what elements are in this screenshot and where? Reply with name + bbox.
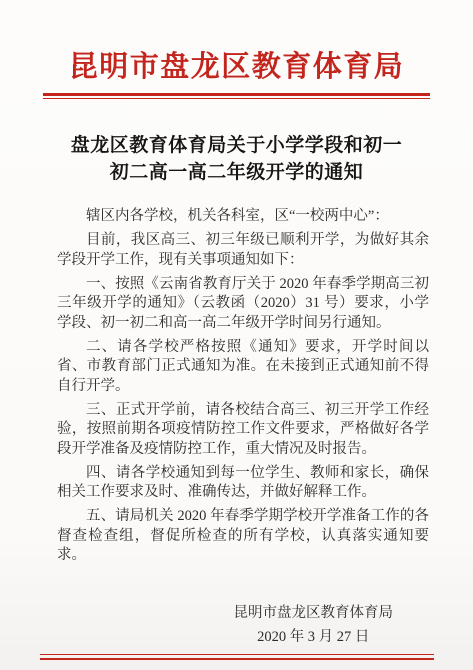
document-title-line-1: 盘龙区教育体育局关于小学学段和初一 xyxy=(0,132,473,159)
document-title-line-2: 初二高一高二年级开学的通知 xyxy=(0,159,473,186)
notice-document: 昆明市盘龙区教育体育局 盘龙区教育体育局关于小学学段和初一 初二高一高二年级开学… xyxy=(0,0,473,670)
body-paragraph: 五、请局机关 2020 年春季学期学校开学准备工作的各督查检查组，督促所检查的所… xyxy=(57,507,429,566)
body-paragraph: 目前，我区高三、初三年级已顺利开学，为做好其余学段开学工作，现有关事项通知如下： xyxy=(57,231,429,270)
signature-agency: 昆明市盘龙区教育体育局 xyxy=(234,601,394,625)
footer-divider xyxy=(40,654,434,660)
signature-date: 2020 年 3 月 27 日 xyxy=(234,625,394,649)
body-paragraph: 四、请各学校通知到每一位学生、教师和家长，确保相关工作要求及时、准确传达，并做好… xyxy=(57,464,429,503)
body-paragraphs: 目前，我区高三、初三年级已顺利开学，为做好其余学段开学工作，现有关事项通知如下：… xyxy=(57,231,429,566)
body-paragraph: 一、按照《云南省教育厅关于 2020 年春季学期高三初三年级开学的通知》（云教函… xyxy=(57,275,429,334)
salutation: 辖区内各学校，机关各科室，区“一校两中心”： xyxy=(57,207,429,227)
document-body: 辖区内各学校，机关各科室，区“一校两中心”： 目前，我区高三、初三年级已顺利开学… xyxy=(57,207,429,566)
body-paragraph: 二、请各学校严格按照《通知》要求，开学时间以省、市教育部门正式通知为准。在未接到… xyxy=(57,338,429,397)
footer-divider-thick-line xyxy=(40,658,434,661)
header-divider xyxy=(43,93,430,99)
agency-header: 昆明市盘龙区教育体育局 xyxy=(0,0,473,86)
signature-block: 昆明市盘龙区教育体育局 2020 年 3 月 27 日 xyxy=(234,601,394,649)
header-divider-thin-line xyxy=(43,98,430,99)
body-paragraph: 三、正式开学前，请各校结合高三、初三开学工作经验，按照前期各项疫情防控工作文件要… xyxy=(57,401,429,460)
document-title: 盘龙区教育体育局关于小学学段和初一 初二高一高二年级开学的通知 xyxy=(0,132,473,186)
